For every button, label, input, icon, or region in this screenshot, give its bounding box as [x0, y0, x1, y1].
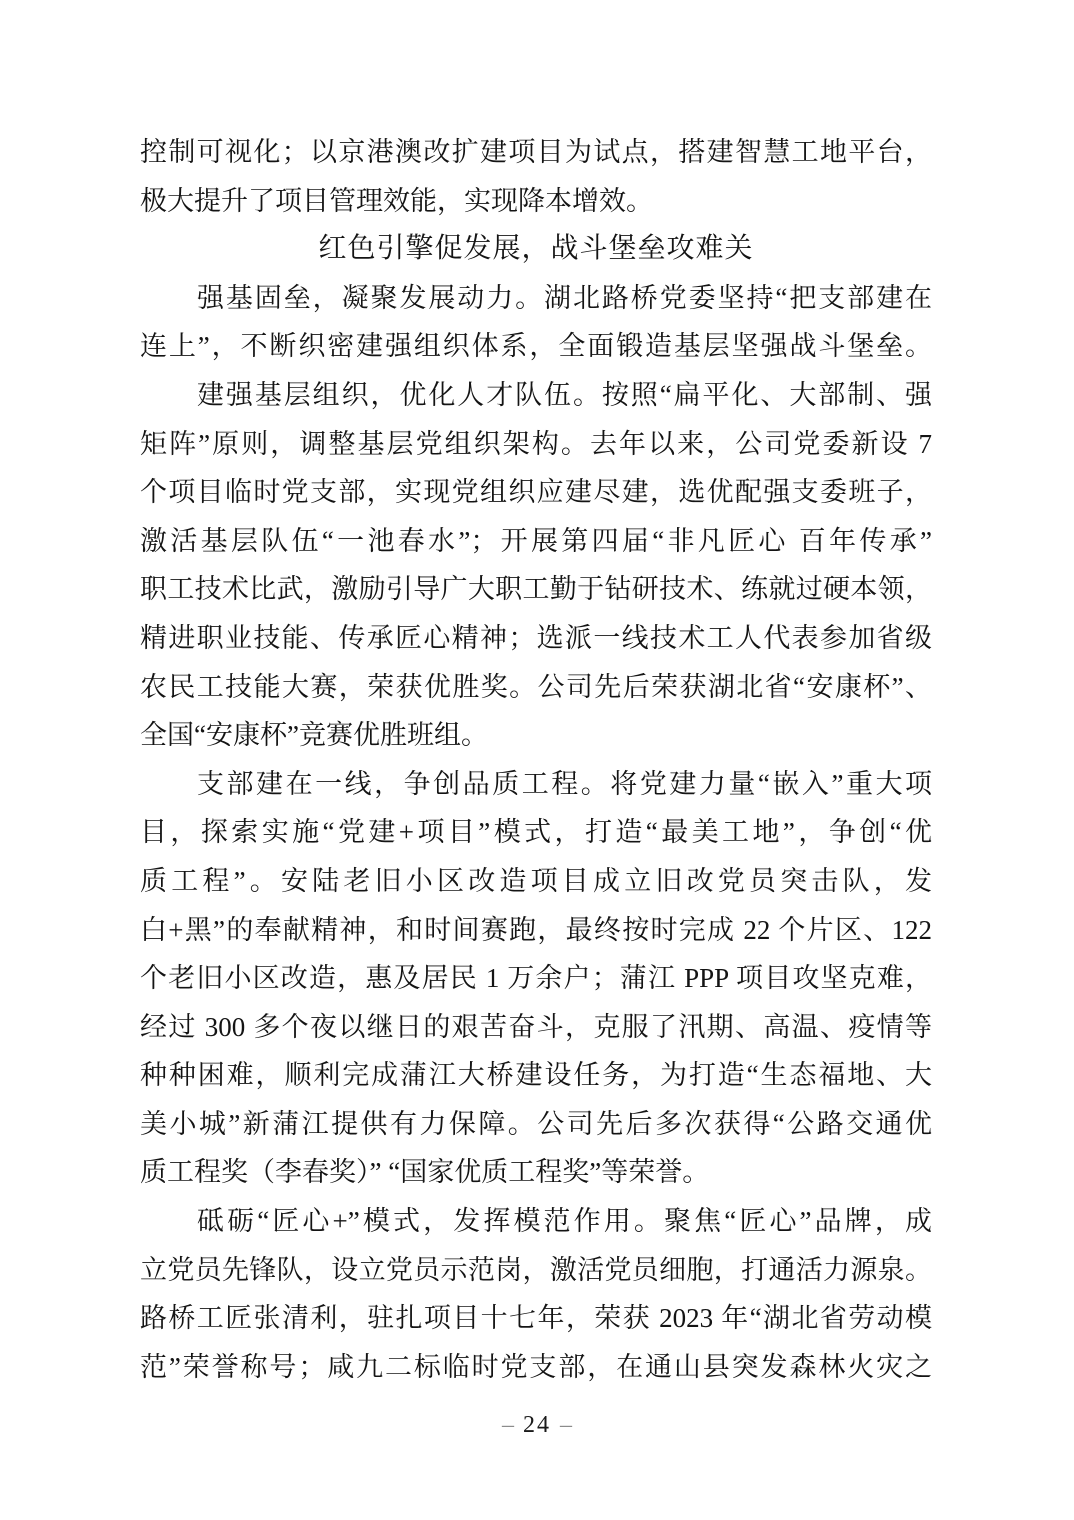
- text-line: 精进职业技能、传承匠心精神；选派一线技术工人代表参加省级: [140, 614, 932, 663]
- footer-dash-left: –: [493, 1412, 523, 1438]
- text-line: 全国“安康杯”竞赛优胜班组。: [140, 711, 932, 760]
- text-line: 范”荣誉称号；咸九二标临时党支部，在通山县突发森林火灾之: [140, 1343, 932, 1392]
- text-line: 强基固垒，凝聚发展动力。湖北路桥党委坚持“把支部建在: [140, 274, 932, 323]
- text-line: 经过 300 多个夜以继日的艰苦奋斗，克服了汛期、高温、疫情等: [140, 1003, 932, 1052]
- section-heading: 红色引擎促发展，战斗堡垒攻难关: [140, 225, 932, 274]
- text-line: 砥砺“匠心+”模式，发挥模范作用。聚焦“匠心”品牌，成: [140, 1197, 932, 1246]
- document-page: 控制可视化；以京港澳改扩建项目为试点，搭建智慧工地平台，极大提升了项目管理效能，…: [0, 0, 1074, 1520]
- text-line: 质工程”。安陆老旧小区改造项目成立旧改党员突击队，发扬“5+2、: [140, 857, 932, 906]
- text-line: 连上”，不断织密建强组织体系，全面锻造基层坚强战斗堡垒。: [140, 322, 932, 371]
- text-line: 农民工技能大赛，荣获优胜奖。公司先后荣获湖北省“安康杯”、: [140, 663, 932, 712]
- text-line: 立党员先锋队，设立党员示范岗，激活党员细胞，打通活力源泉。: [140, 1246, 932, 1295]
- text-line: 个老旧小区改造，惠及居民 1 万余户；蒲江 PPP 项目攻坚克难，: [140, 954, 932, 1003]
- text-line: 种种困难，顺利完成蒲江大桥建设任务，为打造“生态福地、大: [140, 1051, 932, 1100]
- footer-dash-right: –: [551, 1412, 581, 1438]
- document-body: 控制可视化；以京港澳改扩建项目为试点，搭建智慧工地平台，极大提升了项目管理效能，…: [140, 128, 932, 1391]
- text-line: 极大提升了项目管理效能，实现降本增效。: [140, 177, 932, 226]
- text-line: 建强基层组织，优化人才队伍。按照“扁平化、大部制、强: [140, 371, 932, 420]
- text-line: 个项目临时党支部，实现党组织应建尽建，选优配强支委班子，: [140, 468, 932, 517]
- text-line: 职工技术比武，激励引导广大职工勤于钻研技术、练就过硬本领，: [140, 565, 932, 614]
- text-line: 美小城”新蒲江提供有力保障。公司先后多次获得“公路交通优: [140, 1100, 932, 1149]
- text-line: 质工程奖（李春奖）” “国家优质工程奖”等荣誉。: [140, 1148, 932, 1197]
- text-line: 目，探索实施“党建+项目”模式，打造“最美工地”，争创“优: [140, 808, 932, 857]
- page-footer: –24–: [0, 1408, 1074, 1442]
- text-line: 路桥工匠张清利，驻扎项目十七年，荣获 2023 年“湖北省劳动模: [140, 1294, 932, 1343]
- text-line: 支部建在一线，争创品质工程。将党建力量“嵌入”重大项: [140, 760, 932, 809]
- text-line: 矩阵”原则，调整基层党组织架构。去年以来，公司党委新设 7: [140, 420, 932, 469]
- text-line: 激活基层队伍“一池春水”；开展第四届“非凡匠心 百年传承”: [140, 517, 932, 566]
- text-line: 白+黑”的奉献精神，和时间赛跑，最终按时完成 22 个片区、122: [140, 906, 932, 955]
- page-number: 24: [523, 1412, 551, 1438]
- text-line: 控制可视化；以京港澳改扩建项目为试点，搭建智慧工地平台，: [140, 128, 932, 177]
